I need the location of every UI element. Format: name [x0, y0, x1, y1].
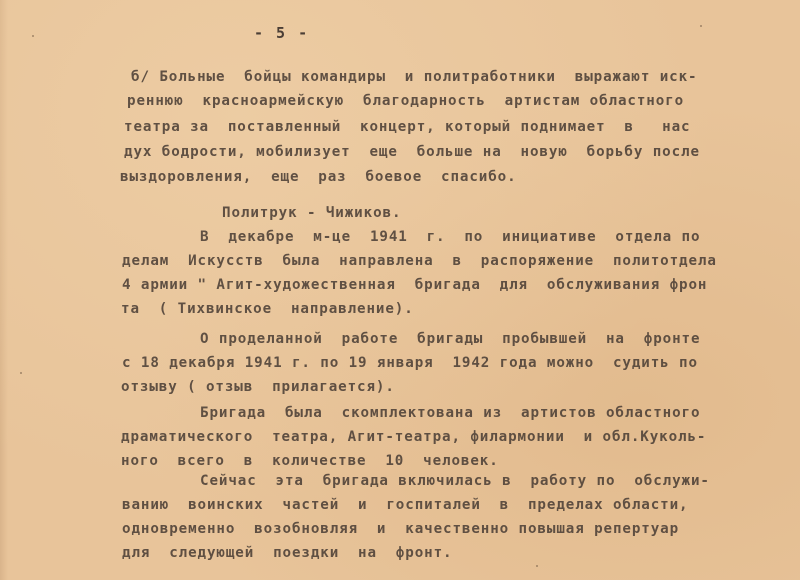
text-line: Бригада была скомплектована из артистов … [200, 406, 700, 420]
text-line: с 18 декабря 1941 г. по 19 января 1942 г… [122, 356, 698, 370]
paper-speck [536, 565, 538, 567]
text-line: б/ Больные бойцы командиры и политработн… [131, 70, 698, 84]
text-line: выздоровления, еще раз боевое спасибо. [120, 170, 517, 184]
text-line: драматического театра, Агит-театра, фила… [121, 430, 706, 444]
text-line: ного всего в количестве 10 человек. [121, 454, 499, 468]
text-line: театра за поставленный концерт, который … [124, 120, 691, 134]
text-line: 4 армии " Агит-художественная бригада дл… [122, 278, 707, 292]
text-line: О проделанной работе бригады пробывшей н… [200, 332, 700, 346]
text-line: делам Искусств была направлена в распоря… [122, 254, 717, 268]
paper-speck [32, 35, 34, 37]
text-line: дух бодрости, мобилизует еще больше на н… [124, 145, 700, 159]
text-line: Сейчас эта бригада включилась в работу п… [200, 474, 710, 488]
typewritten-document-page: - 5 - б/ Больные бойцы командиры и полит… [0, 0, 800, 580]
text-line: отзыву ( отзыв прилагается). [121, 380, 395, 394]
text-line: ванию воинских частей и госпиталей в пре… [122, 498, 689, 512]
signature-line: Политрук - Чижиков. [222, 206, 401, 220]
page-number: - 5 - [254, 24, 309, 42]
text-line: В декабре м-це 1941 г. по инициативе отд… [200, 230, 700, 244]
text-line: та ( Тихвинское направление). [121, 302, 414, 316]
text-line: реннюю красноармейскую благодарность арт… [127, 94, 684, 108]
paper-speck [700, 25, 702, 27]
paper-speck [20, 372, 22, 374]
text-line: для следующей поездки на фронт. [122, 546, 452, 560]
text-line: одновременно возобновляя и качественно п… [122, 522, 679, 536]
